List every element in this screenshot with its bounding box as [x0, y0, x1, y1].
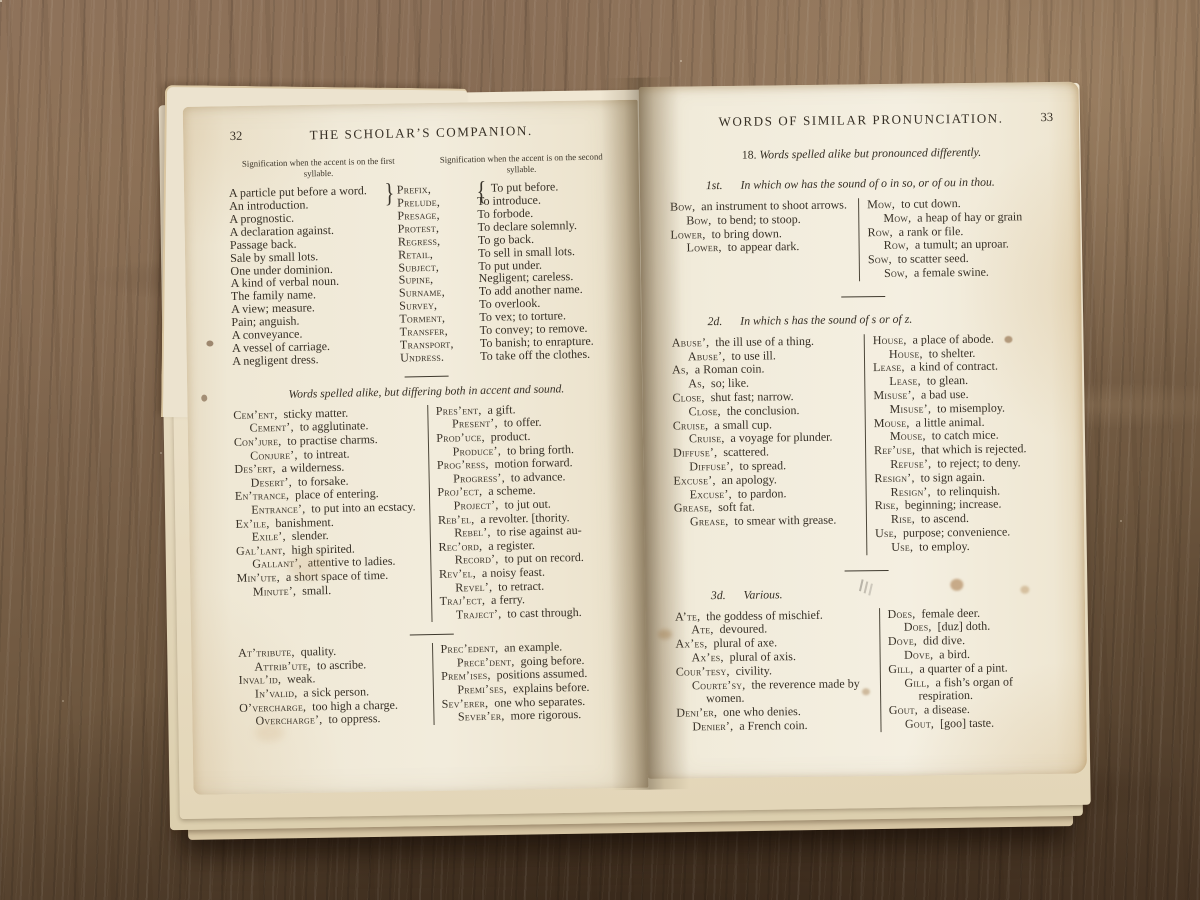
entry-definition: a small cup.	[714, 417, 772, 432]
entry-definition: a French coin.	[739, 718, 807, 733]
entry-term: Project’,	[454, 498, 499, 513]
entry-term: Deni’er,	[676, 705, 717, 719]
right-column: Mow, to cut down. Mow, a heap of hay or …	[858, 196, 1055, 281]
entry-definition: the conclusion.	[727, 403, 800, 418]
entry-definition: to smear with grease.	[734, 513, 836, 528]
entry-definition: a quarter of a pint.	[919, 660, 1007, 675]
column-headings: Signification when the accent is on the …	[228, 151, 615, 180]
word-pairs-section: At’tribute, quality. Attrib’ute, to ascr…	[238, 639, 627, 728]
entry-definition: a heap of hay or grain	[917, 209, 1022, 224]
entry-definition: one who denies.	[723, 704, 801, 719]
entry-definition: civility.	[736, 663, 772, 677]
right-page: WORDS OF SIMILAR PRONUNCIATION. 33 18. W…	[639, 82, 1087, 779]
entry-term: Reb’el,	[438, 512, 475, 527]
section-divider-rule	[404, 375, 448, 377]
entry-definition: a fish’s organ of respiration.	[919, 674, 1014, 703]
entry-term: Inval’id,	[239, 673, 282, 688]
rule-18-heading: 18. Words spelled alike but pronounced d…	[669, 144, 1053, 164]
word-pairs-section: Cem’ent, sticky matter. Cement’, to aggl…	[233, 401, 624, 626]
entry-definition: to cut down.	[901, 196, 961, 211]
entry-definition: devoured.	[719, 622, 767, 637]
entry-definition: a bad use.	[921, 387, 969, 402]
entry-definition: female deer.	[921, 605, 980, 620]
headword-cell: Undress.	[392, 350, 478, 365]
entry-term: Diffuse’,	[689, 459, 733, 474]
left-column: Bow, an instrument to shoot arrows. Bow,…	[670, 198, 859, 283]
photo-of-open-book: 32 THE SCHOLAR’S COMPANION. Significatio…	[0, 0, 1200, 900]
entry-definition: to jut out.	[504, 497, 551, 512]
entry-definition: slender.	[292, 528, 329, 543]
column-heading-second-syllable: Signification when the accent is on the …	[431, 151, 611, 176]
entry-term: Desert’,	[251, 475, 293, 490]
word-entry: Gill, a fish’s organ of respiration.	[888, 674, 1060, 704]
entry-term: Denier’,	[692, 719, 733, 733]
second-syllable-signification: To take off the clothes.	[480, 347, 590, 363]
entry-definition: to rise against au-	[497, 523, 582, 539]
entry-term: Resign’,	[891, 484, 931, 498]
entry-term: Pres’ent,	[436, 403, 482, 418]
entry-definition: a gift.	[487, 402, 515, 417]
entry-term: Cruise,	[673, 418, 709, 432]
entry-term: Sev’erer,	[442, 696, 489, 711]
entry-term: Prod’uce,	[436, 430, 485, 445]
entry-term: Does,	[888, 606, 916, 620]
entry-definition: more rigorous.	[510, 707, 581, 722]
left-page-header: 32 THE SCHOLAR’S COMPANION.	[228, 121, 615, 146]
entry-term: Sow,	[868, 252, 892, 266]
word-entry: Traject’, to cast through.	[440, 605, 625, 622]
section-divider-rule	[841, 296, 885, 298]
entry-term: Con’jure,	[234, 434, 282, 449]
subsection-rule: Various.	[743, 587, 782, 601]
word-entry: Denier’, a French coin.	[676, 718, 880, 734]
running-title: WORDS OF SIMILAR PRONUNCIATION.	[718, 111, 1003, 129]
entry-term: Cour’tesy,	[676, 664, 730, 679]
entry-definition: a short space of time.	[286, 568, 389, 584]
rule-number: 18.	[742, 148, 757, 162]
entry-definition: to oppress.	[328, 711, 380, 726]
word-entry: Sever’er, more rigorous.	[442, 707, 627, 724]
column-heading-first-syllable: Signification when the accent is on the …	[228, 155, 408, 180]
entry-term: Prec’edent,	[440, 641, 498, 656]
entry-definition: a kind of contract.	[911, 359, 998, 374]
entry-term: Mow,	[867, 197, 895, 211]
entry-definition: [goo] taste.	[940, 716, 994, 731]
entry-definition: too high a charge.	[312, 697, 398, 713]
entry-term: Des’ert,	[234, 461, 276, 476]
entry-term: Grease,	[690, 514, 729, 528]
entry-definition: to put on record.	[504, 550, 584, 566]
entry-term: Misuse’,	[890, 401, 932, 416]
left-column: A’te, the goddess of mischief. Ate, devo…	[675, 608, 880, 735]
entry-term: Use,	[875, 526, 897, 540]
entry-term: Rev’el,	[439, 566, 476, 581]
entry-definition: shut fast; narrow.	[711, 389, 794, 404]
subsection-1-list: Bow, an instrument to shoot arrows. Bow,…	[670, 196, 1055, 283]
section-divider-rule	[845, 569, 889, 571]
entry-definition: to appear dark.	[728, 239, 800, 254]
left-column: Abuse’, the ill use of a thing. Abuse’, …	[672, 334, 867, 557]
entry-term: Rec’ord,	[438, 539, 482, 554]
word-entry: Courte’sy, the reverence made by women.	[676, 677, 880, 707]
entry-term: A’te,	[675, 609, 700, 623]
word-entry: Lower, to appear dark.	[671, 240, 859, 256]
entry-term: Ax’es,	[675, 636, 707, 650]
entry-term: Min’ute,	[236, 570, 280, 585]
first-syllable-signification: A negligent dress.	[232, 352, 392, 368]
right-column: Does, female deer. Does, [duz] doth. Dov…	[879, 605, 1061, 731]
entry-term: Row,	[884, 238, 909, 252]
subsection-label: 2d.	[707, 314, 722, 328]
entry-definition: to bend; to stoop.	[717, 212, 801, 227]
entry-definition: an apology.	[722, 472, 777, 487]
entry-term: Traj’ect,	[439, 593, 485, 608]
subsection-2-list: Abuse’, the ill use of a thing. Abuse’, …	[672, 332, 1059, 557]
entry-term: Grease,	[674, 500, 713, 514]
entry-term: Lease,	[889, 374, 921, 388]
entry-definition: to misemploy.	[937, 400, 1005, 415]
entry-definition: so; like.	[711, 376, 749, 390]
entry-term: Misuse’,	[873, 388, 915, 403]
section-heading: Words spelled alike, but differing both …	[233, 381, 620, 402]
entry-definition: to relinquish.	[937, 483, 1000, 498]
entry-term: Rise,	[891, 512, 915, 526]
entry-definition: weak.	[287, 672, 316, 687]
entry-definition: a voyage for plunder.	[730, 430, 832, 445]
entry-term: Gout,	[905, 716, 934, 730]
entry-term: Dove,	[904, 647, 933, 661]
entry-term: Revel’,	[455, 579, 492, 594]
entry-term: Cruise,	[689, 431, 725, 445]
entry-term: House,	[889, 346, 923, 360]
entry-definition: to ascend.	[921, 511, 969, 526]
entry-term: Rise,	[875, 498, 899, 512]
entry-term: In’valid,	[255, 686, 298, 701]
entry-term: Present’,	[452, 416, 498, 431]
entry-term: Produce’,	[452, 443, 501, 458]
entry-definition: small.	[302, 583, 331, 598]
entry-definition: a tumult; an uproar.	[915, 237, 1009, 252]
entry-term: Ax’es,	[692, 650, 724, 664]
right-column: House, a place of abode. House, to shelt…	[864, 332, 1059, 555]
entry-term: Courte’sy,	[692, 677, 746, 692]
entry-term: Sever’er,	[458, 709, 505, 724]
entry-term: Excuse’,	[673, 473, 715, 488]
entry-definition: to use ill.	[731, 348, 776, 363]
subsection-3-heading: 3d. Various.	[675, 583, 1059, 603]
word-entry: Sow, a female swine.	[868, 265, 1055, 281]
entry-definition: to retract.	[498, 578, 544, 593]
left-column: At’tribute, quality. Attrib’ute, to ascr…	[238, 643, 433, 728]
second-syllable-signification-cell: To take off the clothes.	[478, 347, 619, 363]
entry-term: Ex’ile,	[235, 516, 269, 531]
entry-definition: a register.	[488, 538, 535, 553]
entry-term: Mouse,	[890, 429, 926, 443]
entry-term: Mow,	[883, 210, 911, 224]
entry-definition: a disease.	[924, 702, 970, 717]
entry-term: Close,	[689, 404, 721, 418]
open-book: 32 THE SCHOLAR’S COMPANION. Significatio…	[152, 71, 1098, 811]
entry-term: Excuse’,	[690, 486, 732, 501]
entry-definition: a Roman coin.	[695, 362, 765, 377]
entry-definition: a little animal.	[915, 414, 984, 429]
entry-definition: to catch mice.	[932, 428, 999, 443]
entry-definition: plural of axe.	[713, 635, 777, 650]
entry-term: Rebel’,	[454, 525, 491, 540]
subsection-1-heading: 1st. In which ow has the sound of o in s…	[670, 174, 1054, 194]
entry-term: Bow,	[670, 199, 695, 213]
entry-definition: quality.	[301, 644, 337, 659]
running-title: THE SCHOLAR’S COMPANION.	[309, 123, 532, 142]
entry-definition: to employ.	[919, 539, 970, 554]
entry-term: Gout,	[889, 703, 918, 717]
right-column: Pres’ent, a gift. Present’, to offer. Pr…	[427, 401, 625, 622]
entry-definition: to shelter.	[929, 345, 976, 360]
subsection-rule: In which ow has the sound of o in so, or…	[740, 175, 994, 192]
entry-term: Bow,	[686, 213, 711, 227]
entry-term: Minute’,	[253, 583, 297, 598]
entry-definition: the ill use of a thing.	[715, 334, 814, 349]
entry-term: Gill,	[888, 661, 913, 675]
entry-term: Mouse,	[874, 415, 910, 429]
entry-term: Cement’,	[249, 420, 293, 435]
entry-definition: to pardon.	[738, 486, 787, 501]
entry-definition: product.	[491, 429, 531, 444]
entry-term: Sow,	[884, 266, 908, 280]
entry-term: Lower,	[670, 227, 705, 241]
entry-term: Lease,	[873, 360, 905, 374]
entry-definition: to reject; to deny.	[937, 455, 1020, 470]
entry-definition: plural of axis.	[730, 649, 796, 664]
right-page-header: WORDS OF SIMILAR PRONUNCIATION. 33	[669, 110, 1053, 132]
entry-definition: scattered.	[723, 445, 769, 460]
left-page: 32 THE SCHOLAR’S COMPANION. Significatio…	[183, 100, 649, 795]
subsection-2-heading: 2d. In which s has the sound of s or of …	[671, 310, 1055, 330]
entry-definition: to glean.	[927, 373, 968, 388]
section-divider-rule	[409, 634, 453, 636]
accent-table: A particle put before a word. }Prefix, {…	[229, 179, 620, 367]
right-column: Prec’edent, an example. Prece’dent, goin…	[431, 639, 626, 724]
left-column: Cem’ent, sticky matter. Cement’, to aggl…	[233, 405, 431, 626]
subsection-rule: In which s has the sound of s or of z.	[740, 311, 912, 327]
entry-definition: to practise charms.	[287, 432, 378, 448]
entry-definition: a female swine.	[914, 265, 989, 280]
page-number: 33	[1040, 110, 1053, 125]
entry-definition: a ferry.	[491, 592, 525, 607]
entry-term: Diffuse’,	[673, 445, 717, 460]
entry-term: Ate,	[691, 622, 713, 636]
word-entry: Use, to employ.	[875, 539, 1058, 555]
entry-term: Ref’use,	[874, 443, 915, 458]
entry-term: Refuse’,	[890, 456, 931, 471]
entry-term: Proj’ect,	[437, 484, 482, 499]
entry-definition: to intreat.	[303, 446, 349, 461]
entry-definition: purpose; convenience.	[903, 524, 1010, 539]
entry-term: Dove,	[888, 634, 917, 648]
entry-term: Use,	[891, 539, 913, 553]
entry-term: Exile’,	[252, 529, 286, 544]
entry-term: Row,	[868, 224, 893, 238]
entry-definition: did dive.	[923, 633, 965, 648]
entry-definition: a scheme.	[488, 483, 536, 498]
entry-term: Close,	[672, 390, 704, 404]
entry-term: Overcharge’,	[255, 712, 322, 727]
entry-definition: to put into an ecstacy.	[311, 499, 415, 515]
entry-definition: to offer.	[504, 415, 542, 430]
entry-definition: [duz] doth.	[937, 619, 990, 634]
entry-definition: to cast through.	[507, 605, 582, 620]
entry-definition: to bring down.	[711, 226, 782, 241]
word-entry: Overcharge’, to oppress.	[239, 711, 433, 728]
entry-term: Gill,	[904, 675, 929, 689]
entry-term: Does,	[904, 620, 932, 634]
entry-term: Abuse’,	[672, 335, 710, 349]
entry-definition: to sign again.	[921, 470, 985, 485]
entry-term: Lower,	[687, 240, 722, 254]
entry-definition: to ascribe.	[317, 657, 367, 672]
entry-definition: to scatter seed.	[898, 251, 969, 266]
entry-definition: a bird.	[939, 647, 970, 661]
entry-term: Abuse’,	[688, 349, 726, 363]
entry-definition: to advance.	[511, 469, 566, 484]
subsection-label: 3d.	[711, 587, 726, 601]
entry-definition: a place of abode.	[912, 331, 993, 346]
entry-term: Cem’ent,	[233, 407, 277, 422]
entry-term: Conjure’,	[250, 447, 298, 462]
entry-term: Record’,	[455, 552, 499, 567]
entry-definition: beginning; increase.	[905, 497, 1002, 512]
entry-definition: a rank or file.	[899, 224, 964, 239]
subsection-3-list: A’te, the goddess of mischief. Ate, devo…	[675, 605, 1060, 734]
rule-text: Words spelled alike but pronounced diffe…	[759, 145, 981, 162]
word-entry: Gout, [goo] taste.	[889, 716, 1061, 732]
subsection-label: 1st.	[706, 178, 723, 192]
page-number: 32	[230, 129, 243, 144]
dust-specks	[0, 0, 2, 2]
entry-definition: an instrument to shoot arrows.	[701, 197, 847, 213]
entry-term: Resign’,	[874, 470, 914, 484]
word-entry: Grease, to smear with grease.	[674, 513, 866, 529]
entry-definition: the goddess of mischief.	[706, 607, 823, 622]
entry-term: As,	[672, 363, 689, 377]
entry-term: Prog’ress,	[437, 457, 489, 472]
entry-term: As,	[688, 376, 705, 390]
headword: Undress.	[400, 350, 444, 365]
entry-term: House,	[873, 333, 907, 347]
entry-definition: to spread.	[739, 458, 786, 473]
entry-definition: soft fat.	[718, 500, 755, 514]
word-entry: Minute’, small.	[237, 582, 431, 599]
entry-term: At’tribute,	[238, 645, 295, 660]
entry-term: Traject’,	[456, 606, 502, 621]
